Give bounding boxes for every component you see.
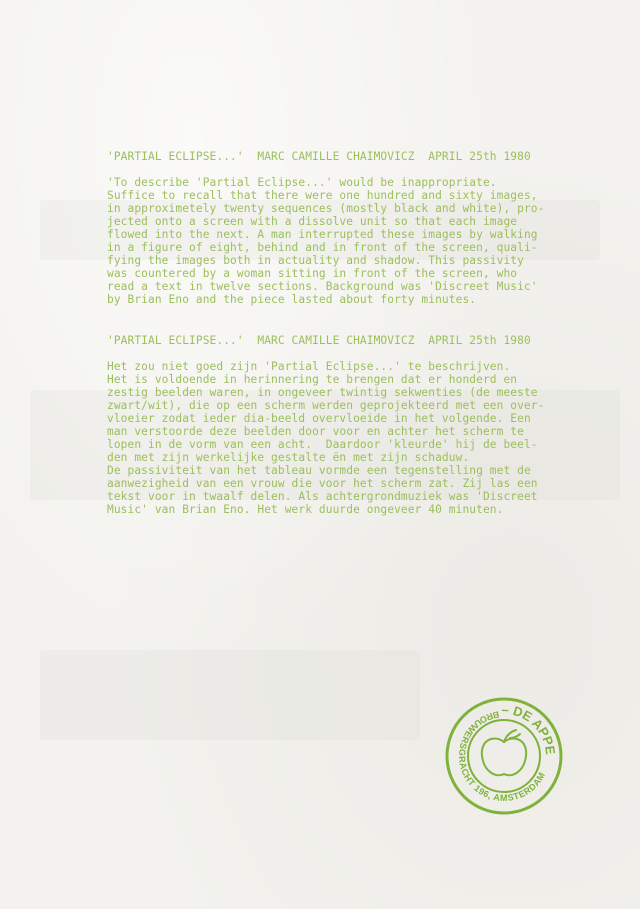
dutch-section: 'PARTIAL ECLIPSE...' MARC CAMILLE CHAIMO…: [107, 334, 547, 516]
english-section: 'PARTIAL ECLIPSE...' MARC CAMILLE CHAIMO…: [107, 150, 547, 306]
section-title: 'PARTIAL ECLIPSE...' MARC CAMILLE CHAIMO…: [107, 150, 547, 163]
apple-icon: [482, 730, 526, 775]
section-body: Het zou niet goed zijn 'Partial Eclipse.…: [107, 360, 547, 516]
show-through-mark: [40, 650, 420, 740]
section-body: 'To describe 'Partial Eclipse...' would …: [107, 176, 547, 306]
de-appel-stamp: BROUWERSGRACHT 196, AMSTERDAM – DE APPEL…: [444, 696, 564, 816]
section-title: 'PARTIAL ECLIPSE...' MARC CAMILLE CHAIMO…: [107, 334, 547, 347]
stamp-graphic: BROUWERSGRACHT 196, AMSTERDAM – DE APPEL…: [444, 696, 564, 816]
